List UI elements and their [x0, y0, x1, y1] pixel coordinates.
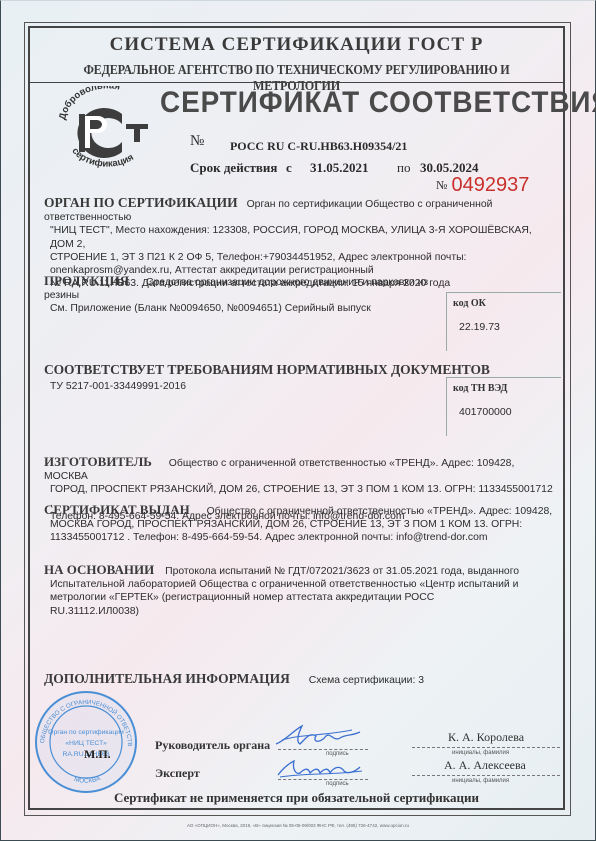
signature-caption: подпись: [326, 781, 349, 787]
tnved-code-label: код ТН ВЭД: [453, 383, 507, 394]
ok-code-label: код ОК: [453, 298, 486, 309]
head-name-line: [412, 747, 560, 748]
section-compliance: СООТВЕТСТВУЕТ ТРЕБОВАНИЯМ НОРМАТИВНЫХ ДО…: [44, 362, 444, 393]
head-signature-icon: [272, 722, 364, 750]
normative-document: ТУ 5217-001-33449991-2016: [44, 380, 444, 393]
section-heading: СЕРТИФИКАТ ВЫДАН: [44, 502, 190, 517]
text-line: См. Приложение (Бланк №0094650, №0094651…: [44, 302, 444, 315]
text-line: "НИЦ ТЕСТ", Место нахождения: 123308, РО…: [50, 224, 556, 250]
tnved-code-value: 401700000: [459, 406, 512, 418]
svg-text:«НИЦ ТЕСТ»: «НИЦ ТЕСТ»: [65, 740, 107, 747]
certification-scheme: Схема сертификации: 3: [309, 675, 424, 686]
text-line: СТРОЕНИЕ 1, ЭТ 3 П21 К 2 ОФ 5, Телефон:+…: [50, 251, 556, 264]
validity-label: Срок действия: [190, 160, 277, 176]
blank-number-value: 0492937: [451, 174, 529, 196]
validity-from-label: с: [286, 160, 292, 176]
footer-note: Сертификат не применяется при обязательн…: [28, 790, 565, 806]
section-issued-to: СЕРТИФИКАТ ВЫДАН Общество с ограниченной…: [44, 503, 556, 545]
expert-signature-icon: [274, 755, 366, 781]
expert-label: Эксперт: [155, 766, 200, 781]
section-heading: ИЗГОТОВИТЕЛЬ: [44, 454, 152, 469]
system-title: СИСТЕМА СЕРТИФИКАЦИИ ГОСТ Р: [28, 34, 565, 56]
text-line: Протокола испытаний № ГДТ/072021/3623 от…: [165, 566, 519, 577]
rst-certification-logo-icon: Добровольная сертификация: [52, 86, 162, 171]
svg-text:Орган по сертификации: Орган по сертификации: [48, 729, 124, 736]
name-caption: инициалы, фамилия: [452, 778, 509, 784]
head-name: К. А. Королева: [448, 730, 524, 745]
mp-label: М.П.: [84, 747, 111, 762]
head-label: Руководитель органа: [155, 738, 270, 753]
text-line: Общество с ограниченной ответственностью…: [207, 506, 553, 517]
valid-from-date: 31.05.2021: [310, 160, 369, 176]
section-heading: СООТВЕТСТВУЕТ ТРЕБОВАНИЯМ НОРМАТИВНЫХ ДО…: [44, 362, 444, 378]
certificate-title: СЕРТИФИКАТ СООТВЕТСТВИЯ: [160, 86, 596, 120]
blank-number-sign: №: [436, 178, 447, 192]
expert-name: А. А. Алексеева: [444, 758, 526, 773]
section-product: ПРОДУКЦИЯ Средства организации дорожного…: [44, 274, 444, 316]
expert-signature-line: [278, 779, 368, 780]
section-heading: ДОПОЛНИТЕЛЬНАЯ ИНФОРМАЦИЯ: [44, 671, 290, 686]
text-line: метрологии «ГЕРТЕК» (регистрационный ном…: [50, 591, 556, 604]
blank-number: №0492937: [436, 174, 529, 197]
section-additional-info: ДОПОЛНИТЕЛЬНАЯ ИНФОРМАЦИЯ Схема сертифик…: [44, 672, 556, 687]
section-heading: НА ОСНОВАНИИ: [44, 562, 154, 577]
head-signature-line: [278, 749, 368, 750]
text-line: 1133455001712 . Телефон: 8-495-664-59-54…: [50, 531, 556, 544]
certificate-number: РОСС RU С-RU.НВ63.Н09354/21: [230, 139, 407, 154]
section-heading: ПРОДУКЦИЯ: [44, 273, 129, 288]
section-basis: НА ОСНОВАНИИ Протокола испытаний № ГДТ/0…: [44, 563, 556, 618]
header-divider: [30, 82, 563, 83]
expert-name-line: [412, 775, 560, 776]
name-caption: инициалы, фамилия: [452, 750, 509, 756]
print-info: АО «ОПЦИОН», Москва, 2019, «В» лицензия …: [0, 823, 596, 828]
validity-to-label: по: [397, 160, 410, 176]
ok-code-value: 22.19.73: [459, 321, 500, 333]
text-line: RU.31112.ИЛ0038): [50, 605, 556, 618]
text-line: МОСКВА ГОРОД, ПРОСПЕКТ РЯЗАНСКИЙ, ДОМ 26…: [50, 518, 556, 531]
number-sign: №: [190, 133, 204, 150]
section-heading: ОРГАН ПО СЕРТИФИКАЦИИ: [44, 195, 238, 210]
text-line: Испытательной лабораторией Общества с ог…: [50, 578, 556, 591]
tnved-code-box: код ТН ВЭД 401700000: [446, 377, 561, 436]
stamp-seal-icon: ОБЩЕСТВО С ОГРАНИЧЕННОЙ ОТВЕТСТВЕННОСТЬЮ…: [32, 688, 140, 796]
ok-code-box: код ОК 22.19.73: [446, 292, 561, 351]
